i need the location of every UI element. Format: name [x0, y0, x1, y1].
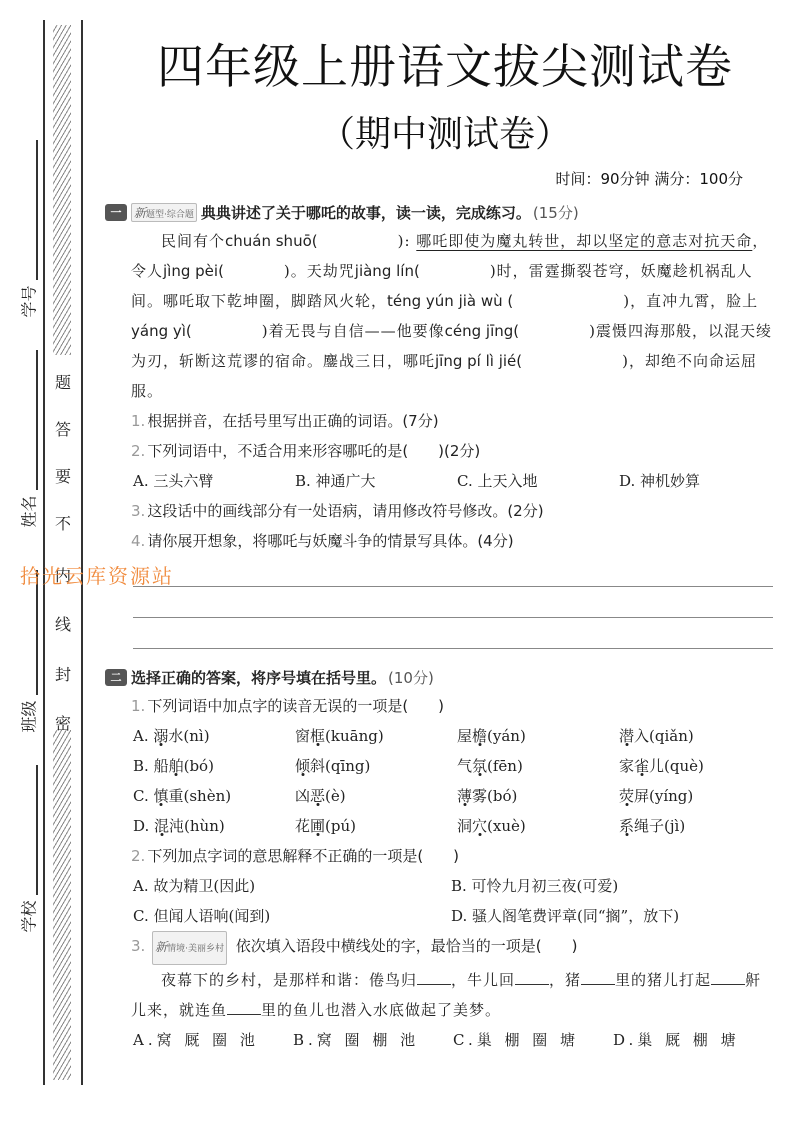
exam-meta: 时间：90分钟 满分：100分: [556, 168, 744, 189]
emphasis-dot-char: 慎: [153, 787, 168, 805]
passage-text: ，猪: [549, 971, 581, 989]
s2-q1-text: 下列词语中加点字的读音无误的一项是( ): [147, 697, 444, 715]
options-row-c: C. 慎重(shèn)凶恶(è)薄雾(bó)荧屏(yíng): [105, 781, 777, 811]
option-c[interactable]: C. 上天入地: [457, 466, 619, 496]
page-subtitle: （期中测试卷）: [100, 106, 790, 157]
fill-blank[interactable]: [515, 970, 549, 985]
section1-passage: 民间有个chuán shuō(): 哪吒即使为魔丸转世，却以坚定的意志对抗天命，…: [105, 226, 777, 406]
s2-q3-text: 依次填入语段中横线处的字，最恰当的一项是( ): [236, 937, 578, 955]
word-item[interactable]: B. 船舶(bó): [133, 751, 295, 781]
word-item[interactable]: C. 慎重(shèn): [133, 781, 295, 811]
options-row-d: D. 混沌(hùn)花圃(pú)洞穴(xuè)系绳子(jì): [105, 811, 777, 841]
section2-heading: 二 选择正确的答案，将序号填在括号里。 (10分): [105, 663, 777, 691]
word-item: 凶恶(è): [295, 781, 457, 811]
emphasis-dot-char: 氛: [472, 757, 487, 775]
s1-question-1: 1.根据拼音，在括号里写出正确的词语。(7分): [105, 406, 777, 436]
option-a[interactable]: A. 三头六臂: [133, 466, 295, 496]
emphasis-dot-char: 舶: [169, 757, 184, 775]
passage-text: ，牛儿回: [451, 971, 515, 989]
seal-char: 线: [53, 612, 73, 635]
emphasis-dot-char: 溺: [153, 727, 168, 745]
fill-blank[interactable]: [417, 970, 451, 985]
s2-q1: 1.下列词语中加点字的读音无误的一项是( ): [105, 691, 777, 721]
question-type-tag: 新题型·综合题: [131, 203, 197, 222]
answer-line[interactable]: [133, 556, 773, 587]
pinyin-prompt: jiàng lín(: [355, 262, 420, 280]
option-b[interactable]: B.窝 圈 棚 池: [293, 1025, 453, 1055]
answer-line[interactable]: [133, 587, 773, 618]
pinyin-prompt: chuán shuō(: [225, 232, 318, 250]
word-item: 系绳子(jì): [619, 811, 781, 841]
fill-blank[interactable]: [227, 1000, 261, 1015]
emphasis-dot-char: 薄: [457, 787, 472, 805]
s2-q2-text: 下列加点字词的意思解释不正确的一项是( ): [147, 847, 459, 865]
margin-line-right: [81, 20, 83, 1085]
seal-char: 封: [53, 662, 73, 685]
question-number: 1.: [131, 412, 145, 430]
pinyin-prompt: yáng yì(: [131, 322, 192, 340]
word-item: 屋檐(yán): [457, 721, 619, 751]
watermark: 拾光云库资源站: [20, 560, 174, 589]
emphasis-dot-char: 框: [310, 727, 325, 745]
emphasis-dot-char: 穴: [472, 817, 487, 835]
passage-text: )。天劫咒: [284, 262, 355, 280]
word-item: 荧屏(yíng): [619, 781, 781, 811]
emphasis-dot-char: 荧: [619, 787, 634, 805]
question-number: 4.: [131, 532, 145, 550]
word-item: 洞穴(xuè): [457, 811, 619, 841]
name-label: 姓名: [17, 492, 40, 532]
word-item: 窗框(kuāng): [295, 721, 457, 751]
seal-char: 答: [53, 417, 73, 440]
name-blank[interactable]: [36, 350, 38, 490]
seal-char: 密: [53, 711, 73, 734]
question-text: 这段话中的画线部分有一处语病，请用修改符号修改。(2分): [147, 502, 543, 520]
option-a[interactable]: A. 故为精卫(因此): [133, 871, 451, 901]
scenario-tag: 新情境·美丽乡村: [152, 931, 227, 965]
passage-text: )着无畏与自信——他要像: [262, 322, 445, 340]
question-text: 请你展开想象，将哪吒与妖魔斗争的情景写具体。(4分): [147, 532, 513, 550]
s2-q3-options: A.窝 厩 圈 池 B.窝 圈 棚 池 C.巢 棚 圈 塘 D.巢 厩 棚 塘: [105, 1025, 777, 1055]
answer-line[interactable]: [133, 618, 773, 649]
word-item: 倾斜(qīng): [295, 751, 457, 781]
pinyin-prompt: jīng pí lì jié(: [435, 352, 522, 370]
emphasis-dot-char: 混: [154, 817, 169, 835]
options-row-a: A. 溺水(nì)窗框(kuāng)屋檐(yán)潜入(qiǎn): [105, 721, 777, 751]
fill-blank[interactable]: [581, 970, 615, 985]
section2-title: 选择正确的答案，将序号填在括号里。: [131, 667, 386, 688]
emphasis-dot-char: 雀: [634, 757, 649, 775]
option-c[interactable]: C.巢 棚 圈 塘: [453, 1025, 613, 1055]
seal-char: 要: [53, 464, 73, 487]
emphasis-dot-char: 圃: [310, 817, 325, 835]
option-a[interactable]: A.窝 厩 圈 池: [133, 1025, 293, 1055]
s2-q2-options-row1: A. 故为精卫(因此) B. 可怜九月初三夜(可爱): [105, 871, 777, 901]
option-d[interactable]: D. 神机妙算: [619, 466, 781, 496]
section1-title: 典典讲述了关于哪吒的故事，读一读，完成练习。: [201, 202, 531, 223]
school-label: 学校: [17, 897, 40, 937]
emphasis-dot-char: 檐: [472, 727, 487, 745]
option-d[interactable]: D.巢 厩 棚 塘: [613, 1025, 773, 1055]
passage-text: 夜幕下的乡村，是那样和谐：倦鸟归: [161, 971, 417, 989]
section-number-badge: 二: [105, 669, 127, 686]
passage-text: 民间有个: [161, 232, 225, 250]
hatch-top: [53, 25, 71, 355]
s2-q3: 3. 新情境·美丽乡村 依次填入语段中横线处的字，最恰当的一项是( ): [105, 931, 777, 965]
pinyin-prompt: jìng pèi(: [163, 262, 224, 280]
underlined-sentence: 哪吒即使为魔丸转世，却以坚定的意志对抗天命: [416, 232, 752, 250]
s1-question-3: 3.这段话中的画线部分有一处语病，请用修改符号修改。(2分): [105, 496, 777, 526]
school-blank[interactable]: [36, 765, 38, 895]
section1-questions: 1.根据拼音，在括号里写出正确的词语。(7分)2.下列词语中，不适合用来形容哪吒…: [105, 406, 777, 649]
question-number: 3.: [131, 502, 145, 520]
word-item: 气氛(fēn): [457, 751, 619, 781]
s2-q2: 2.下列加点字词的意思解释不正确的一项是( ): [105, 841, 777, 871]
emphasis-dot-char: 潜: [619, 727, 634, 745]
question-text: 下列词语中，不适合用来形容哪吒的是( )(2分): [147, 442, 480, 460]
student-id-label: 学号: [17, 282, 40, 322]
section1-heading: 一 新题型·综合题 典典讲述了关于哪吒的故事，读一读，完成练习。 (15分): [105, 198, 777, 226]
option-b[interactable]: B. 可怜九月初三夜(可爱): [451, 871, 769, 901]
pinyin-prompt: téng yún jià wù (: [387, 292, 513, 310]
seal-char: 题: [53, 370, 73, 393]
fill-blank[interactable]: [711, 970, 745, 985]
s2-q2-options-row2: C. 但闻人语响(闻到) D. 骚人阁笔费评章(同“搁”，放下): [105, 901, 777, 931]
word-item: 薄雾(bó): [457, 781, 619, 811]
option-b[interactable]: B. 神通广大: [295, 466, 457, 496]
passage-text: 里的猪儿打起: [615, 971, 711, 989]
s1-question-4: 4.请你展开想象，将哪吒与妖魔斗争的情景写具体。(4分): [105, 526, 777, 556]
option-c[interactable]: C. 但闻人语响(闻到): [133, 901, 451, 931]
passage-text: ):: [398, 232, 417, 250]
word-item[interactable]: A. 溺水(nì): [133, 721, 295, 751]
hatch-bottom: [53, 730, 71, 1080]
seal-char: 不: [53, 511, 73, 534]
word-item: 花圃(pú): [295, 811, 457, 841]
passage-text: )，直冲九霄，脸上: [623, 292, 758, 310]
student-id-blank[interactable]: [36, 140, 38, 280]
emphasis-dot-char: 系: [619, 817, 634, 835]
question-number: 2.: [131, 442, 145, 460]
margin-line-left: [43, 20, 45, 1085]
word-item[interactable]: D. 混沌(hùn): [133, 811, 295, 841]
pinyin-prompt: céng jīng(: [445, 322, 520, 340]
question-text: 根据拼音，在括号里写出正确的词语。(7分): [147, 412, 438, 430]
options-row-b: B. 船舶(bó)倾斜(qīng)气氛(fēn)家雀儿(què): [105, 751, 777, 781]
section-number-badge: 一: [105, 204, 127, 221]
s2-q3-passage: 夜幕下的乡村，是那样和谐：倦鸟归，牛儿回，猪里的猪儿打起鼾儿来，就连鱼里的鱼儿也…: [105, 965, 777, 1025]
class-label: 班级: [17, 697, 40, 737]
section2-score: (10分): [388, 667, 434, 688]
s2-q1-options: A. 溺水(nì)窗框(kuāng)屋檐(yán)潜入(qiǎn)B. 船舶(b…: [105, 721, 777, 841]
word-item: 潜入(qiǎn): [619, 721, 781, 751]
page-title: 四年级上册语文拔尖测试卷: [100, 30, 790, 97]
exam-content: 一 新题型·综合题 典典讲述了关于哪吒的故事，读一读，完成练习。 (15分) 民…: [105, 198, 777, 1055]
emphasis-dot-char: 恶: [310, 787, 325, 805]
passage-text: 里的鱼儿也潜入水底做起了美梦。: [261, 1001, 501, 1019]
s1-question-2: 2.下列词语中，不适合用来形容哪吒的是( )(2分): [105, 436, 777, 466]
options-row: A. 三头六臂B. 神通广大C. 上天入地D. 神机妙算: [105, 466, 777, 496]
section1-score: (15分): [533, 202, 579, 223]
emphasis-dot-char: 倾: [295, 757, 310, 775]
option-d[interactable]: D. 骚人阁笔费评章(同“搁”，放下): [451, 901, 769, 931]
word-item: 家雀儿(què): [619, 751, 781, 781]
